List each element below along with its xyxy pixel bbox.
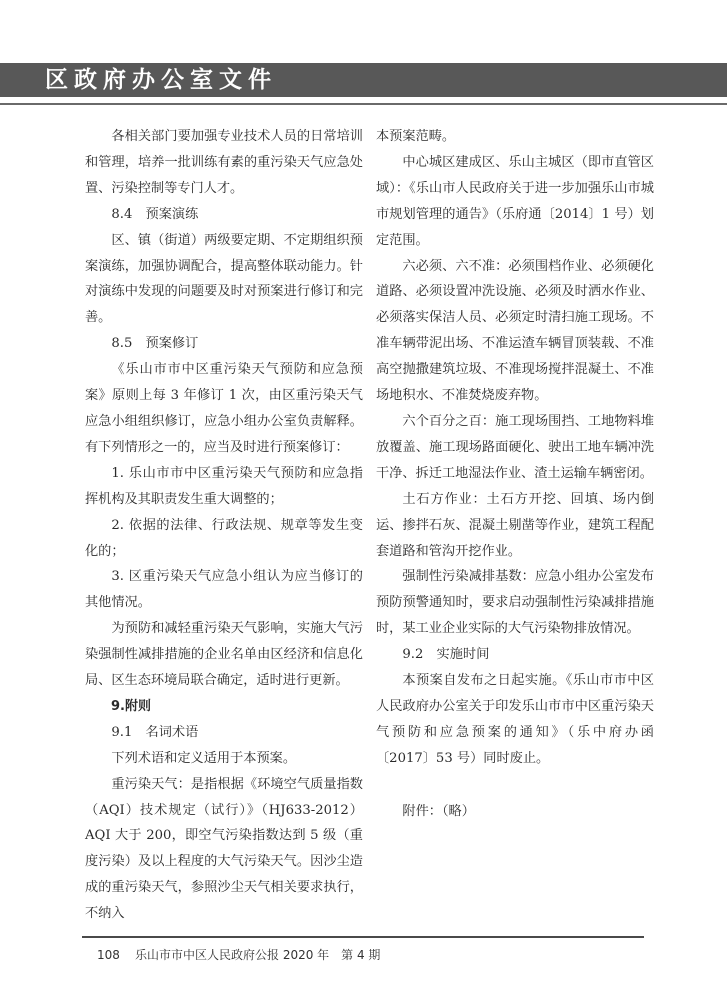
paragraph-enterprise-list: 为预防和减轻重污染天气影响，实施大气污染强制性减排措施的企业名单由区经济和信息化…: [85, 616, 363, 694]
paragraph-heavy-pollution-def: 重污染天气：是指根据《环境空气质量指数（AQI）技术规定（试行）》（HJ633-…: [85, 772, 363, 927]
publication-name: 乐山市市中区人民政府公报 2020 年 第 4 期: [135, 948, 380, 962]
list-item-2: 2. 依据的法律、行政法规、规章等发生变化的；: [85, 513, 363, 565]
right-column: 本预案范畴。 中心城区建成区、乐山主城区（即市直管区域）：《乐山市人民政府关于进…: [376, 124, 654, 825]
footer-divider: [82, 936, 644, 938]
paragraph-central-district-def: 中心城区建成区、乐山主城区（即市直管区域）：《乐山市人民政府关于进一步加强乐山市…: [376, 150, 654, 254]
paragraph-terms-intro: 下列术语和定义适用于本预案。: [85, 746, 363, 772]
subheading-9-1: 9.1 名词术语: [85, 720, 363, 746]
paragraph-drills: 区、镇（街道）两级要定期、不定期组织预案演练，加强协调配合，提高整体联动能力。针…: [85, 228, 363, 332]
subheading-8-5: 8.5 预案修订: [85, 331, 363, 357]
left-column: 各相关部门要加强专业技术人员的日常培训和管理，培养一批训练有素的重污染天气应急处…: [85, 124, 363, 927]
attachment-note: 附件：（略）: [376, 799, 654, 825]
paragraph-earthwork-def: 土石方作业：土石方开挖、回填、场内倒运、掺拌石灰、混凝土剔凿等作业，建筑工程配套…: [376, 487, 654, 565]
subheading-8-4: 8.4 预案演练: [85, 202, 363, 228]
paragraph-training: 各相关部门要加强专业技术人员的日常培训和管理，培养一批训练有素的重污染天气应急处…: [85, 124, 363, 202]
paragraph-six-musts-def: 六必须、六不准：必须围档作业、必须硬化道路、必须设置冲洗设施、必须及时洒水作业、…: [376, 254, 654, 409]
paragraph-six-hundred-percent-def: 六个百分之百：施工现场围挡、工地物料堆放覆盖、施工现场路面硬化、驶出工地车辆冲洗…: [376, 409, 654, 487]
page-number: 108: [97, 948, 135, 962]
section-header-bar: 区政府办公室文件: [0, 63, 727, 97]
section-title: 区政府办公室文件: [45, 63, 277, 97]
paragraph-emission-baseline-def: 强制性污染减排基数：应急小组办公室发布预防预警通知时，要求启动强制性污染减排措施…: [376, 564, 654, 642]
paragraph-revision: 《乐山市市中区重污染天气预防和应急预案》原则上每 3 年修订 1 次，由区重污染…: [85, 357, 363, 461]
subheading-9-2: 9.2 实施时间: [376, 642, 654, 668]
paragraph-continuation: 本预案范畴。: [376, 124, 654, 150]
page-footer: 108乐山市市中区人民政府公报 2020 年 第 4 期: [97, 946, 380, 963]
paragraph-effective-date: 本预案自发布之日起实施。《乐山市市中区人民政府办公室关于印发乐山市市中区重污染天…: [376, 668, 654, 772]
header-divider: [0, 103, 727, 105]
heading-9-appendix: 9.附则: [85, 694, 363, 720]
list-item-3: 3. 区重污染天气应急小组认为应当修订的其他情况。: [85, 564, 363, 616]
list-item-1: 1. 乐山市市中区重污染天气预防和应急指挥机构及其职责发生重大调整的；: [85, 461, 363, 513]
